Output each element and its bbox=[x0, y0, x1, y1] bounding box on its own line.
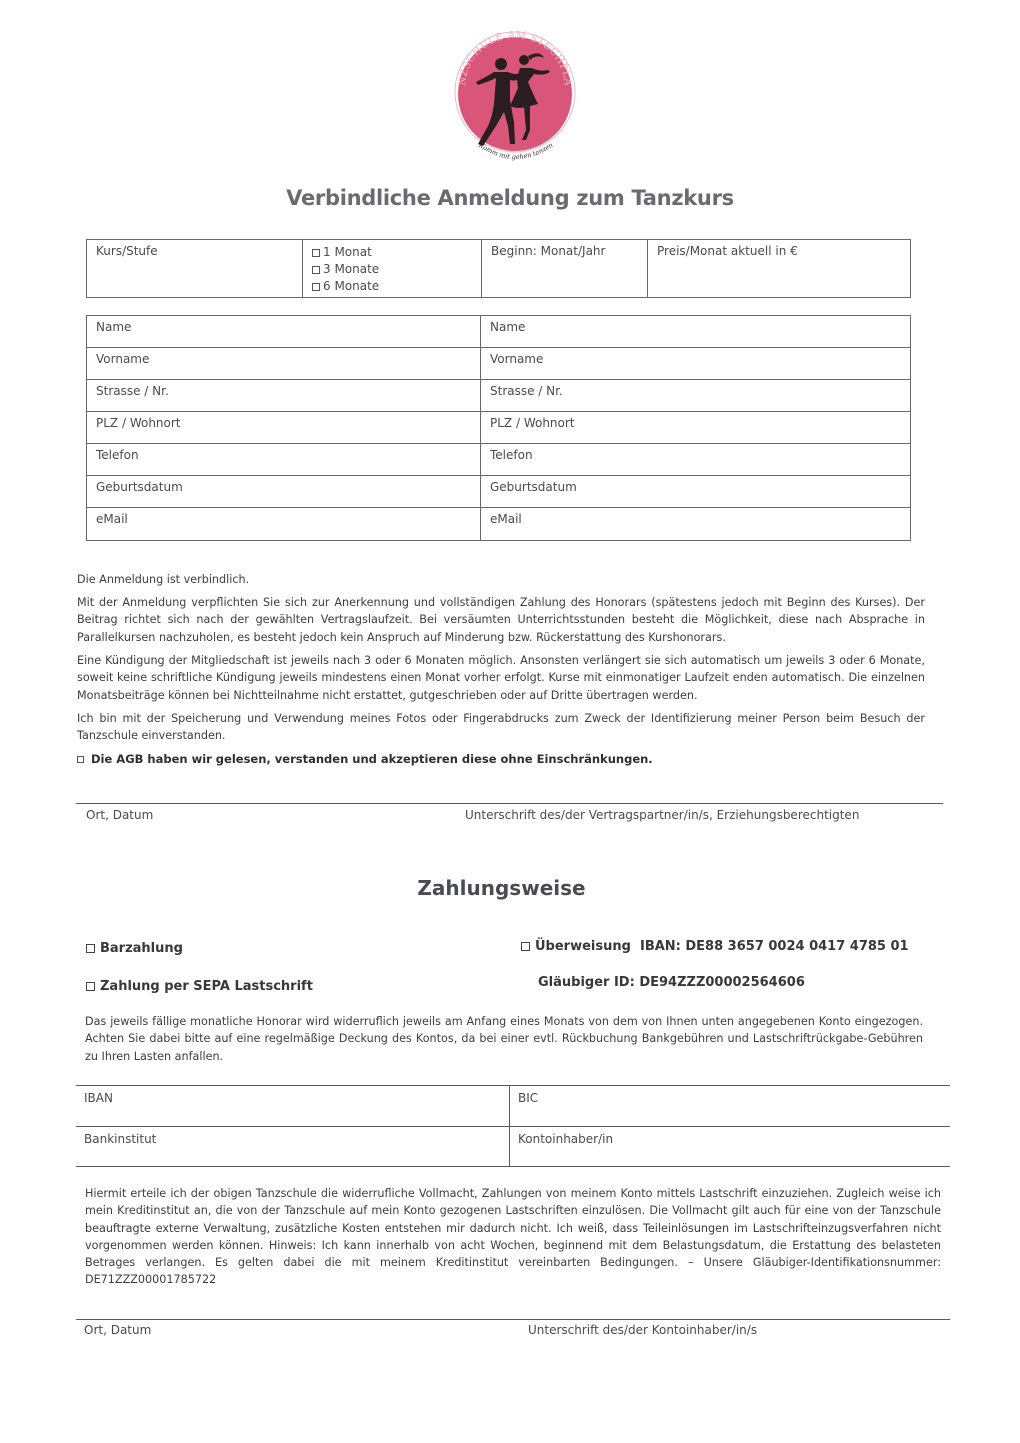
signature-line[interactable] bbox=[76, 803, 943, 804]
field-label: Name bbox=[96, 320, 131, 334]
sepa-label: Zahlung per SEPA Lastschrift bbox=[100, 979, 313, 994]
option-3-monate[interactable]: 3 Monate bbox=[312, 261, 472, 278]
field-label: eMail bbox=[490, 512, 522, 526]
field-label: Telefon bbox=[96, 448, 139, 462]
field-label: Vorname bbox=[96, 352, 149, 366]
preis-field[interactable]: Preis/Monat aktuell in € bbox=[648, 240, 910, 297]
field-label: PLZ / Wohnort bbox=[490, 416, 575, 430]
dance-school-logo: TANZSCHULE AM STECHPLATZ Komm mit gehen … bbox=[448, 26, 582, 171]
kontoinhaber-label: Kontoinhaber/in bbox=[518, 1132, 613, 1146]
person-field-left[interactable]: Vorname bbox=[87, 348, 481, 379]
person-field-left[interactable]: eMail bbox=[87, 508, 481, 540]
field-label: Strasse / Nr. bbox=[96, 384, 169, 398]
checkbox-icon[interactable] bbox=[312, 249, 320, 257]
ueberweisung-label: Überweisung IBAN: DE88 3657 0024 0417 47… bbox=[535, 939, 909, 954]
person-field-left[interactable]: PLZ / Wohnort bbox=[87, 412, 481, 443]
payment-heading: Zahlungsweise bbox=[0, 876, 1003, 900]
terms-p4: Ich bin mit der Speicherung und Verwendu… bbox=[77, 710, 925, 745]
field-label: Vorname bbox=[490, 352, 543, 366]
page-title: Verbindliche Anmeldung zum Tanzkurs bbox=[0, 186, 1020, 210]
bankinstitut-label: Bankinstitut bbox=[84, 1132, 156, 1146]
person-field-right[interactable]: Name bbox=[481, 316, 910, 347]
personal-data-table: NameNameVornameVornameStrasse / Nr.Stras… bbox=[86, 315, 911, 541]
field-label: Strasse / Nr. bbox=[490, 384, 563, 398]
person-field-left[interactable]: Telefon bbox=[87, 444, 481, 475]
kontoinhaber-field[interactable]: Kontoinhaber/in bbox=[510, 1127, 950, 1166]
field-label: eMail bbox=[96, 512, 128, 526]
preis-label: Preis/Monat aktuell in € bbox=[657, 244, 798, 258]
checkbox-icon[interactable] bbox=[521, 942, 530, 951]
person-field-right[interactable]: eMail bbox=[481, 508, 910, 540]
person-field-left[interactable]: Strasse / Nr. bbox=[87, 380, 481, 411]
glaeubiger-id: Gläubiger ID: DE94ZZZ00002564606 bbox=[538, 975, 805, 990]
person-field-right[interactable]: PLZ / Wohnort bbox=[481, 412, 910, 443]
beginn-field[interactable]: Beginn: Monat/Jahr bbox=[482, 240, 648, 297]
bankinstitut-field[interactable]: Bankinstitut bbox=[76, 1127, 510, 1166]
signature-line[interactable] bbox=[76, 1319, 950, 1320]
terms-p2: Mit der Anmeldung verpflichten Sie sich … bbox=[77, 594, 925, 646]
signature-label: Unterschrift des/der Vertragspartner/in/… bbox=[465, 808, 859, 822]
iban-field[interactable]: IBAN bbox=[76, 1086, 510, 1126]
ort-datum-label: Ort, Datum bbox=[86, 808, 153, 822]
checkbox-icon[interactable] bbox=[312, 266, 320, 274]
kurs-stufe-field[interactable]: Kurs/Stufe bbox=[87, 240, 303, 297]
iban-label: IBAN bbox=[84, 1091, 113, 1105]
table-row: PLZ / WohnortPLZ / Wohnort bbox=[87, 412, 910, 444]
sepa-option[interactable]: Zahlung per SEPA Lastschrift bbox=[86, 979, 313, 994]
table-row: VornameVorname bbox=[87, 348, 910, 380]
table-row: eMaileMail bbox=[87, 508, 910, 540]
table-row: TelefonTelefon bbox=[87, 444, 910, 476]
person-field-right[interactable]: Geburtsdatum bbox=[481, 476, 910, 507]
signature-label: Unterschrift des/der Kontoinhaber/in/s bbox=[528, 1323, 757, 1337]
agb-checkbox[interactable]: Die AGB haben wir gelesen, verstanden un… bbox=[77, 752, 653, 766]
checkbox-icon[interactable] bbox=[312, 283, 320, 291]
payment-info: Das jeweils fällige monatliche Honorar w… bbox=[85, 1013, 923, 1065]
barzahlung-option[interactable]: Barzahlung bbox=[86, 941, 183, 956]
field-label: Telefon bbox=[490, 448, 533, 462]
checkbox-icon[interactable] bbox=[86, 982, 95, 991]
person-field-right[interactable]: Telefon bbox=[481, 444, 910, 475]
table-row: Strasse / Nr.Strasse / Nr. bbox=[87, 380, 910, 412]
bank-table: IBAN BIC Bankinstitut Kontoinhaber/in bbox=[76, 1085, 950, 1167]
bic-field[interactable]: BIC bbox=[510, 1086, 950, 1126]
option-6-monate[interactable]: 6 Monate bbox=[312, 278, 472, 295]
beginn-label: Beginn: Monat/Jahr bbox=[491, 244, 605, 258]
field-label: PLZ / Wohnort bbox=[96, 416, 181, 430]
person-field-left[interactable]: Name bbox=[87, 316, 481, 347]
terms-p1: Die Anmeldung ist verbindlich. bbox=[77, 571, 925, 588]
option-label: 3 Monate bbox=[323, 261, 379, 278]
field-label: Geburtsdatum bbox=[490, 480, 577, 494]
field-label: Geburtsdatum bbox=[96, 480, 183, 494]
checkbox-icon[interactable] bbox=[86, 944, 95, 953]
terms-p3: Eine Kündigung der Mitgliedschaft ist je… bbox=[77, 652, 925, 704]
barzahlung-label: Barzahlung bbox=[100, 941, 183, 956]
table-row: NameName bbox=[87, 316, 910, 348]
ueberweisung-option[interactable]: Überweisung IBAN: DE88 3657 0024 0417 47… bbox=[521, 939, 909, 954]
person-field-right[interactable]: Strasse / Nr. bbox=[481, 380, 910, 411]
agb-label: Die AGB haben wir gelesen, verstanden un… bbox=[91, 752, 653, 766]
checkbox-icon[interactable] bbox=[77, 756, 84, 763]
option-1-monat[interactable]: 1 Monat bbox=[312, 244, 472, 261]
option-label: 6 Monate bbox=[323, 278, 379, 295]
person-field-left[interactable]: Geburtsdatum bbox=[87, 476, 481, 507]
option-label: 1 Monat bbox=[323, 244, 372, 261]
person-field-right[interactable]: Vorname bbox=[481, 348, 910, 379]
ort-datum-label: Ort, Datum bbox=[84, 1323, 151, 1337]
kurs-stufe-label: Kurs/Stufe bbox=[96, 244, 158, 258]
field-label: Name bbox=[490, 320, 525, 334]
duration-options: 1 Monat 3 Monate 6 Monate bbox=[303, 240, 482, 297]
course-table: Kurs/Stufe 1 Monat 3 Monate 6 Monate Beg… bbox=[86, 239, 911, 298]
sepa-mandate-text: Hiermit erteile ich der obigen Tanzschul… bbox=[85, 1185, 941, 1289]
table-row: GeburtsdatumGeburtsdatum bbox=[87, 476, 910, 508]
bic-label: BIC bbox=[518, 1091, 538, 1105]
